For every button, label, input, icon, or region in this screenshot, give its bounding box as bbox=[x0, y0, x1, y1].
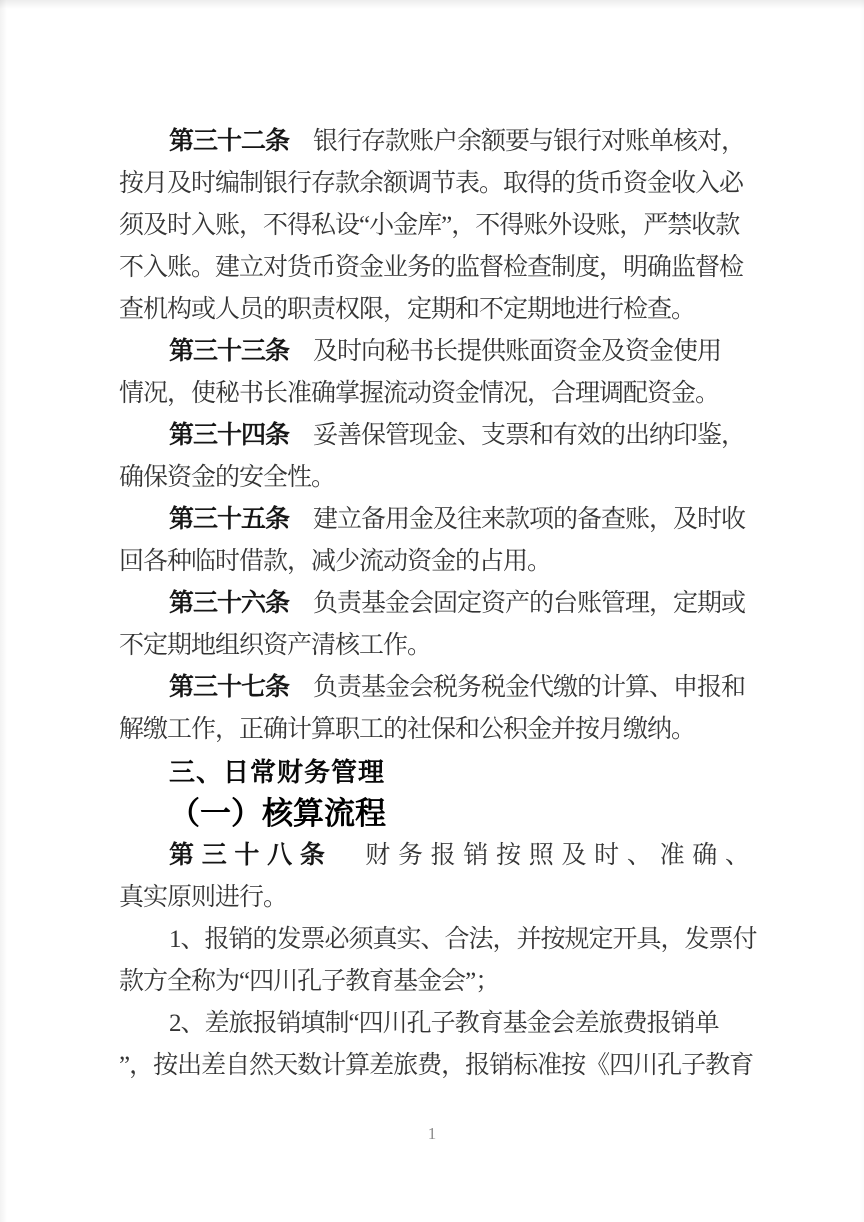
article-32-line-2: 按月及时编制银行存款余额调节表。取得的货币资金收入必 bbox=[119, 163, 749, 205]
article-32-line-1: 第三十二条 银行存款账户余额要与银行对账单核对， bbox=[119, 121, 749, 163]
line-text: 财务报销按照及时、准确、 bbox=[333, 842, 749, 869]
article-number: 第三十八条 bbox=[169, 842, 333, 869]
article-33-line-2: 情况，使秘书长准确掌握流动资金情况，合理调配资金。 bbox=[119, 373, 749, 415]
section-heading-daily-finance: 三、日常财务管理 bbox=[119, 751, 749, 793]
line-text: 按月及时编制银行存款余额调节表。取得的货币资金收入必 bbox=[119, 170, 743, 197]
article-38-line-1: 第三十八条 财务报销按照及时、准确、 bbox=[119, 835, 749, 877]
article-35-line-1: 第三十五条 建立备用金及往来款项的备查账，及时收 bbox=[119, 499, 749, 541]
article-number: 第三十四条 bbox=[169, 422, 289, 449]
article-number: 第三十六条 bbox=[169, 590, 289, 617]
article-36-line-2: 不定期地组织资产清核工作。 bbox=[119, 625, 749, 667]
article-32-line-5: 查机构或人员的职责权限，定期和不定期地进行检查。 bbox=[119, 289, 749, 331]
document-content: 第三十二条 银行存款账户余额要与银行对账单核对，按月及时编制银行存款余额调节表。… bbox=[119, 121, 749, 1087]
article-34-line-1: 第三十四条 妥善保管现金、支票和有效的出纳印鉴， bbox=[119, 415, 749, 457]
line-text: 建立备用金及往来款项的备查账，及时收 bbox=[289, 506, 745, 533]
article-37-line-2: 解缴工作，正确计算职工的社保和公积金并按月缴纳。 bbox=[119, 709, 749, 751]
line-text: 不入账。建立对货币资金业务的监督检查制度，明确监督检 bbox=[119, 254, 743, 281]
line-text: 不定期地组织资产清核工作。 bbox=[119, 632, 431, 659]
item-1-line-2: 款方全称为“四川孔子教育基金会”； bbox=[119, 961, 749, 1003]
line-text: 银行存款账户余额要与银行对账单核对， bbox=[289, 128, 745, 155]
line-text: 确保资金的安全性。 bbox=[119, 464, 335, 491]
line-text: 三、日常财务管理 bbox=[169, 757, 385, 787]
line-text: 1、报销的发票必须真实、合法，并按规定开具，发票付 bbox=[169, 926, 757, 953]
article-number: 第三十三条 bbox=[169, 338, 289, 365]
line-text: 真实原则进行。 bbox=[119, 884, 287, 911]
article-number: 第三十五条 bbox=[169, 506, 289, 533]
article-34-line-2: 确保资金的安全性。 bbox=[119, 457, 749, 499]
article-number: 第三十二条 bbox=[169, 128, 289, 155]
item-2-line-2: ”，按出差自然天数计算差旅费，报销标准按《四川孔子教育 bbox=[119, 1045, 749, 1087]
subsection-heading-accounting-process: （一）核算流程 bbox=[119, 793, 749, 835]
line-text: 负责基金会税务税金代缴的计算、申报和 bbox=[289, 674, 745, 701]
article-38-line-2: 真实原则进行。 bbox=[119, 877, 749, 919]
article-33-line-1: 第三十三条 及时向秘书长提供账面资金及资金使用 bbox=[119, 331, 749, 373]
line-text: 解缴工作，正确计算职工的社保和公积金并按月缴纳。 bbox=[119, 716, 695, 743]
line-text: 须及时入账，不得私设“小金库”，不得账外设账，严禁收款 bbox=[119, 212, 739, 239]
line-text: 回各种临时借款，减少流动资金的占用。 bbox=[119, 548, 551, 575]
item-2-line-1: 2、差旅报销填制“四川孔子教育基金会差旅费报销单 bbox=[119, 1003, 749, 1045]
document-page: 第三十二条 银行存款账户余额要与银行对账单核对，按月及时编制银行存款余额调节表。… bbox=[0, 0, 864, 1222]
article-32-line-3: 须及时入账，不得私设“小金库”，不得账外设账，严禁收款 bbox=[119, 205, 749, 247]
article-36-line-1: 第三十六条 负责基金会固定资产的台账管理，定期或 bbox=[119, 583, 749, 625]
line-text: 及时向秘书长提供账面资金及资金使用 bbox=[289, 338, 721, 365]
line-text: ”，按出差自然天数计算差旅费，报销标准按《四川孔子教育 bbox=[119, 1052, 753, 1079]
line-text: 负责基金会固定资产的台账管理，定期或 bbox=[289, 590, 745, 617]
line-text: 2、差旅报销填制“四川孔子教育基金会差旅费报销单 bbox=[169, 1010, 719, 1037]
article-35-line-2: 回各种临时借款，减少流动资金的占用。 bbox=[119, 541, 749, 583]
line-text: （一）核算流程 bbox=[169, 796, 386, 831]
line-text: 妥善保管现金、支票和有效的出纳印鉴， bbox=[289, 422, 745, 449]
article-37-line-1: 第三十七条 负责基金会税务税金代缴的计算、申报和 bbox=[119, 667, 749, 709]
line-text: 情况，使秘书长准确掌握流动资金情况，合理调配资金。 bbox=[119, 380, 719, 407]
page-number: 1 bbox=[0, 1124, 864, 1144]
line-text: 款方全称为“四川孔子教育基金会”； bbox=[119, 968, 499, 995]
article-32-line-4: 不入账。建立对货币资金业务的监督检查制度，明确监督检 bbox=[119, 247, 749, 289]
line-text: 查机构或人员的职责权限，定期和不定期地进行检查。 bbox=[119, 296, 695, 323]
item-1-line-1: 1、报销的发票必须真实、合法，并按规定开具，发票付 bbox=[119, 919, 749, 961]
article-number: 第三十七条 bbox=[169, 674, 289, 701]
